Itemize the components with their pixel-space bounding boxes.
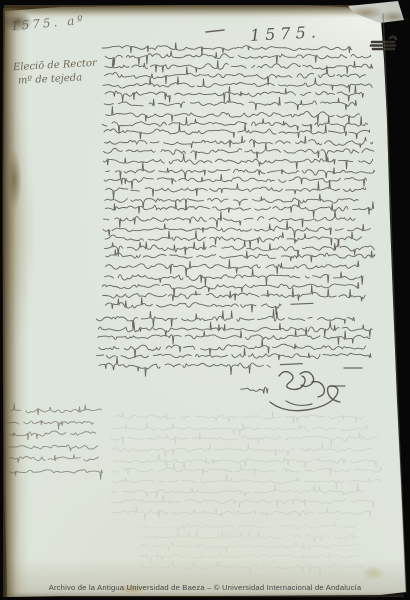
binding-edge xyxy=(3,8,29,597)
binding-stain xyxy=(4,135,30,225)
bottom-shadow xyxy=(6,592,404,597)
manuscript-scan: 1575. aº 1575. Eleciõ de Rector mº de te… xyxy=(0,0,410,600)
archive-caption: Archivo de la Antigua Universidad de Bae… xyxy=(0,583,410,592)
manuscript-page xyxy=(0,0,410,600)
year-heading: 1575. xyxy=(250,22,322,45)
